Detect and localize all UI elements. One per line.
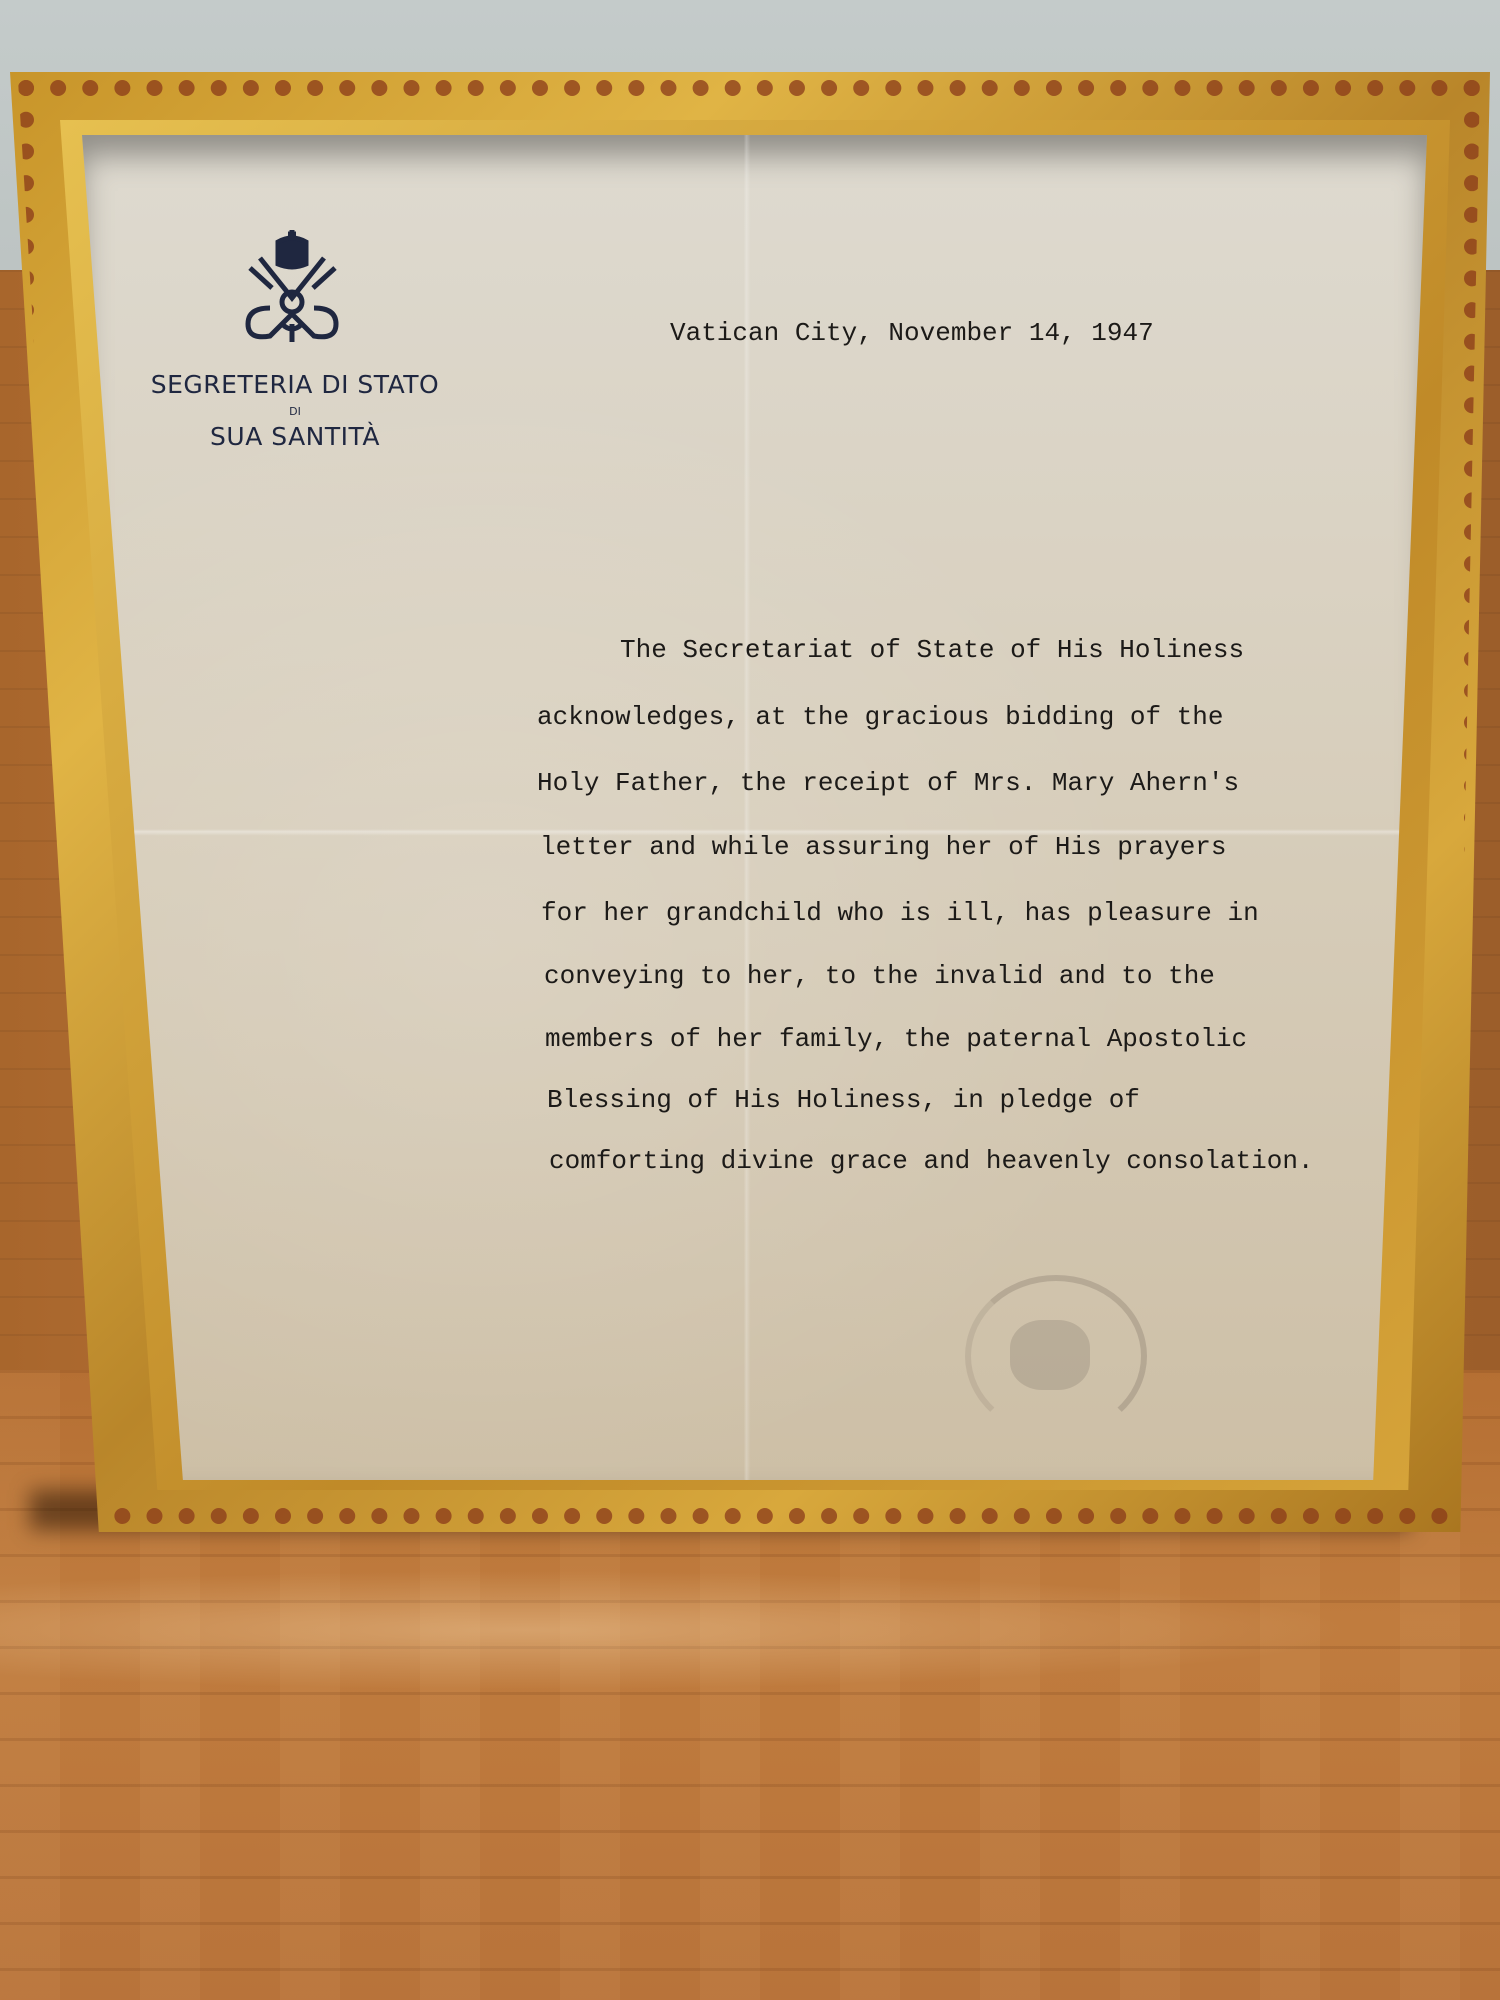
letter-body-line: Holy Father, the receipt of Mrs. Mary Ah… — [537, 768, 1239, 798]
letterhead-title: SEGRETERIA DI STATO — [140, 370, 450, 399]
letter-body-line: for her grandchild who is ill, has pleas… — [541, 898, 1259, 928]
letterhead: SEGRETERIA DI STATO DI SUA SANTITÀ — [140, 370, 450, 451]
table-light-reflection — [0, 1560, 1500, 1700]
letterhead-subtitle: SUA SANTITÀ — [140, 422, 450, 451]
letter-body-line: letter and while assuring her of His pra… — [540, 832, 1227, 862]
letter-body-line: The Secretariat of State of His Holiness — [620, 635, 1244, 665]
letter-body-line: members of her family, the paternal Apos… — [545, 1024, 1247, 1054]
papal-crossed-keys-tiara-icon — [240, 228, 345, 348]
letter-body-line: Blessing of His Holiness, in pledge of — [547, 1085, 1140, 1115]
letter-body-line: conveying to her, to the invalid and to … — [544, 961, 1215, 991]
letterhead-connector: DI — [140, 405, 450, 418]
letter-body-line: comforting divine grace and heavenly con… — [549, 1146, 1314, 1176]
letter-date: Vatican City, November 14, 1947 — [670, 318, 1154, 348]
ink-seal-center — [1010, 1320, 1090, 1390]
letter-body-line: acknowledges, at the gracious bidding of… — [537, 702, 1224, 732]
